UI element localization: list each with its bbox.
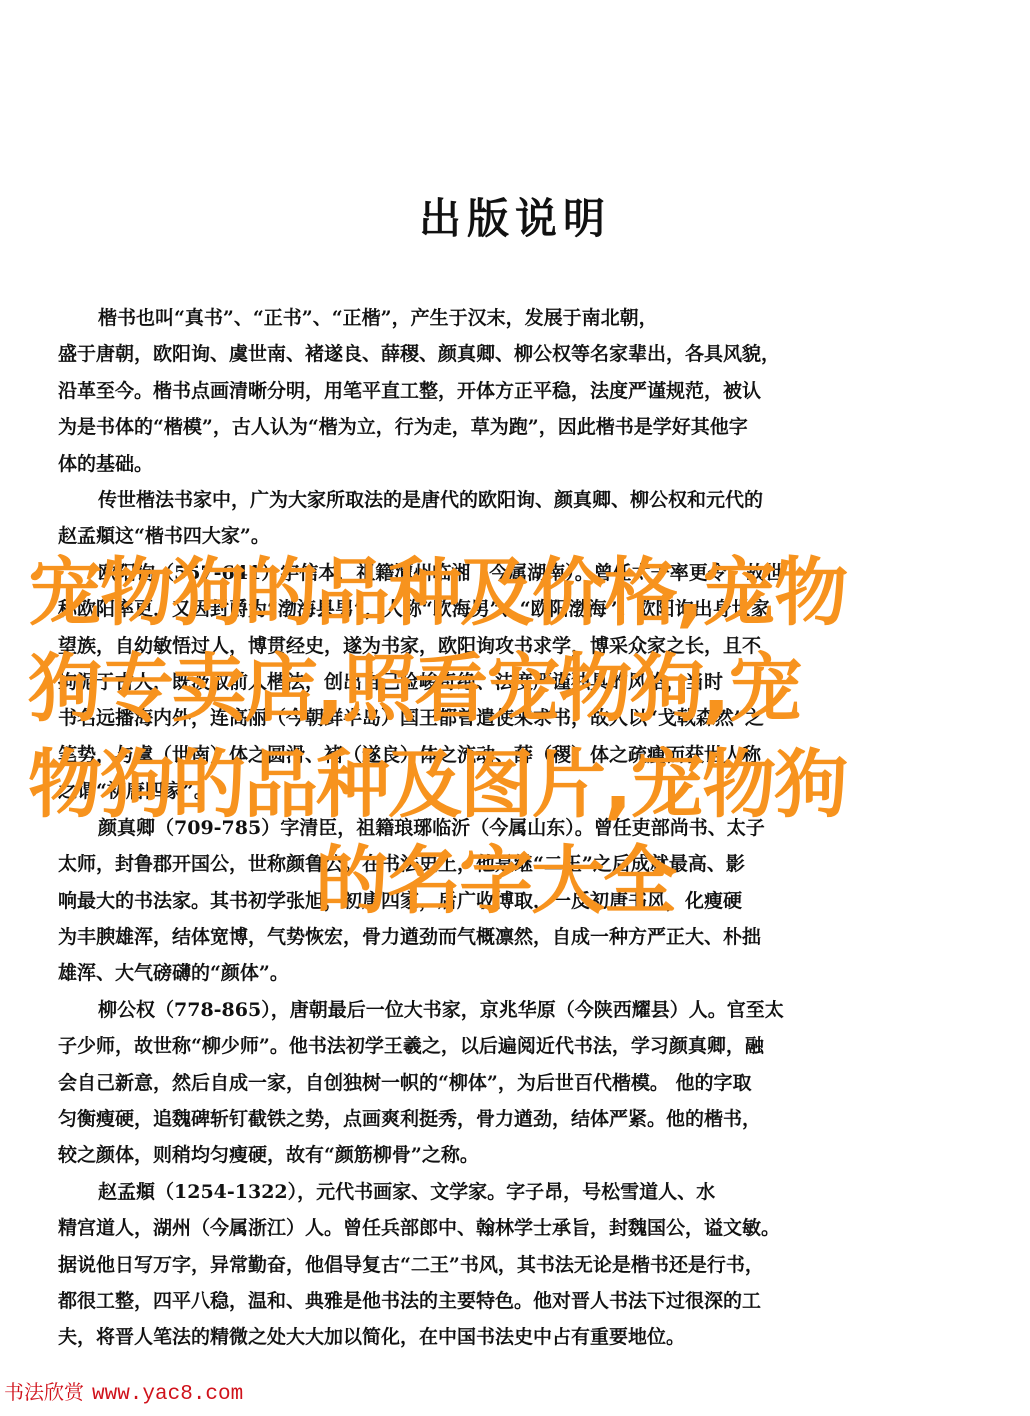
- text-line: 传世楷法书家中，广为大家所取法的是唐代的欧阳询、颜真卿、柳公权和元代的: [58, 482, 908, 518]
- watermark-overlay-headline: 宠物狗的品种及价格,宠物 狗专卖店,照看宠物狗,宠 物狗的品种及图片,宠物狗 的…: [0, 545, 1030, 929]
- overlay-line: 宠物狗的品种及价格,宠物: [0, 545, 1030, 641]
- overlay-line: 的名字大全: [0, 833, 1030, 929]
- text-line: 据说他日写万字，异常勤奋，他倡导复古“二王”书风，其书法无论是楷书还是行书，: [58, 1247, 908, 1283]
- paragraph-liu-gongquan: 柳公权（778-865），唐朝最后一位大书家，京兆华原（今陕西耀县）人。官至太 …: [58, 992, 908, 1174]
- text-line: 较之颜体，则稍均匀瘦硬，故有“颜筋柳骨”之称。: [58, 1137, 908, 1173]
- text-line: 为是书体的“楷模”，古人认为“楷为立，行为走，草为跑”，因此楷书是学好其他字: [58, 409, 908, 445]
- text-line: 会自己新意，然后自成一家，自创独树一帜的“柳体”，为后世百代楷模。 他的字取: [58, 1065, 908, 1101]
- paragraph-four-masters: 传世楷法书家中，广为大家所取法的是唐代的欧阳询、颜真卿、柳公权和元代的 赵孟頫这…: [58, 482, 908, 555]
- paragraph-intro: 楷书也叫“真书”、“正书”、“正楷”，产生于汉末，发展于南北朝， 盛于唐朝，欧阳…: [58, 300, 908, 482]
- text-line: 沿革至今。楷书点画清晰分明，用笔平直工整，开体方正平稳，法度严谨规范，被认: [58, 373, 908, 409]
- text-line: 精宫道人，湖州（今属浙江）人。曾任兵部郎中、翰林学士承旨，封魏国公，谥文敏。: [58, 1210, 908, 1246]
- overlay-line: 物狗的品种及图片,宠物狗: [0, 737, 1030, 833]
- text-line: 都很工整，四平八稳，温和、典雅是他书法的主要特色。他对晋人书法下过很深的工: [58, 1283, 908, 1319]
- text-line: 体的基础。: [58, 446, 908, 482]
- page-title: 出版说明: [0, 186, 1030, 246]
- text-line: 夫，将晋人笔法的精微之处大大加以简化，在中国书法史中占有重要地位。: [58, 1319, 908, 1355]
- text-line: 赵孟頫（1254-1322），元代书画家、文学家。字子昂，号松雪道人、水: [58, 1174, 908, 1210]
- footer-label: 书法欣赏: [4, 1380, 84, 1404]
- overlay-line: 狗专卖店,照看宠物狗,宠: [0, 641, 1030, 737]
- text-line: 匀衡瘦硬，追魏碑斩钉截铁之势，点画爽利挺秀，骨力遒劲，结体严紧。他的楷书，: [58, 1101, 908, 1137]
- site-watermark: 书法欣赏www.yac8.com: [4, 1376, 243, 1406]
- text-line: 楷书也叫“真书”、“正书”、“正楷”，产生于汉末，发展于南北朝，: [58, 300, 908, 336]
- footer-site-url: www.yac8.com: [92, 1383, 243, 1406]
- text-line: 子少师，故世称“柳少师”。他书法初学王羲之，以后遍阅近代书法，学习颜真卿，融: [58, 1028, 908, 1064]
- text-line: 雄浑、大气磅礴的“颜体”。: [58, 955, 908, 991]
- text-line: 柳公权（778-865），唐朝最后一位大书家，京兆华原（今陕西耀县）人。官至太: [58, 992, 908, 1028]
- text-line: 盛于唐朝，欧阳询、虞世南、褚遂良、薛稷、颜真卿、柳公权等名家辈出，各具风貌，: [58, 336, 908, 372]
- paragraph-zhao-mengfu: 赵孟頫（1254-1322），元代书画家、文学家。字子昂，号松雪道人、水 精宫道…: [58, 1174, 908, 1356]
